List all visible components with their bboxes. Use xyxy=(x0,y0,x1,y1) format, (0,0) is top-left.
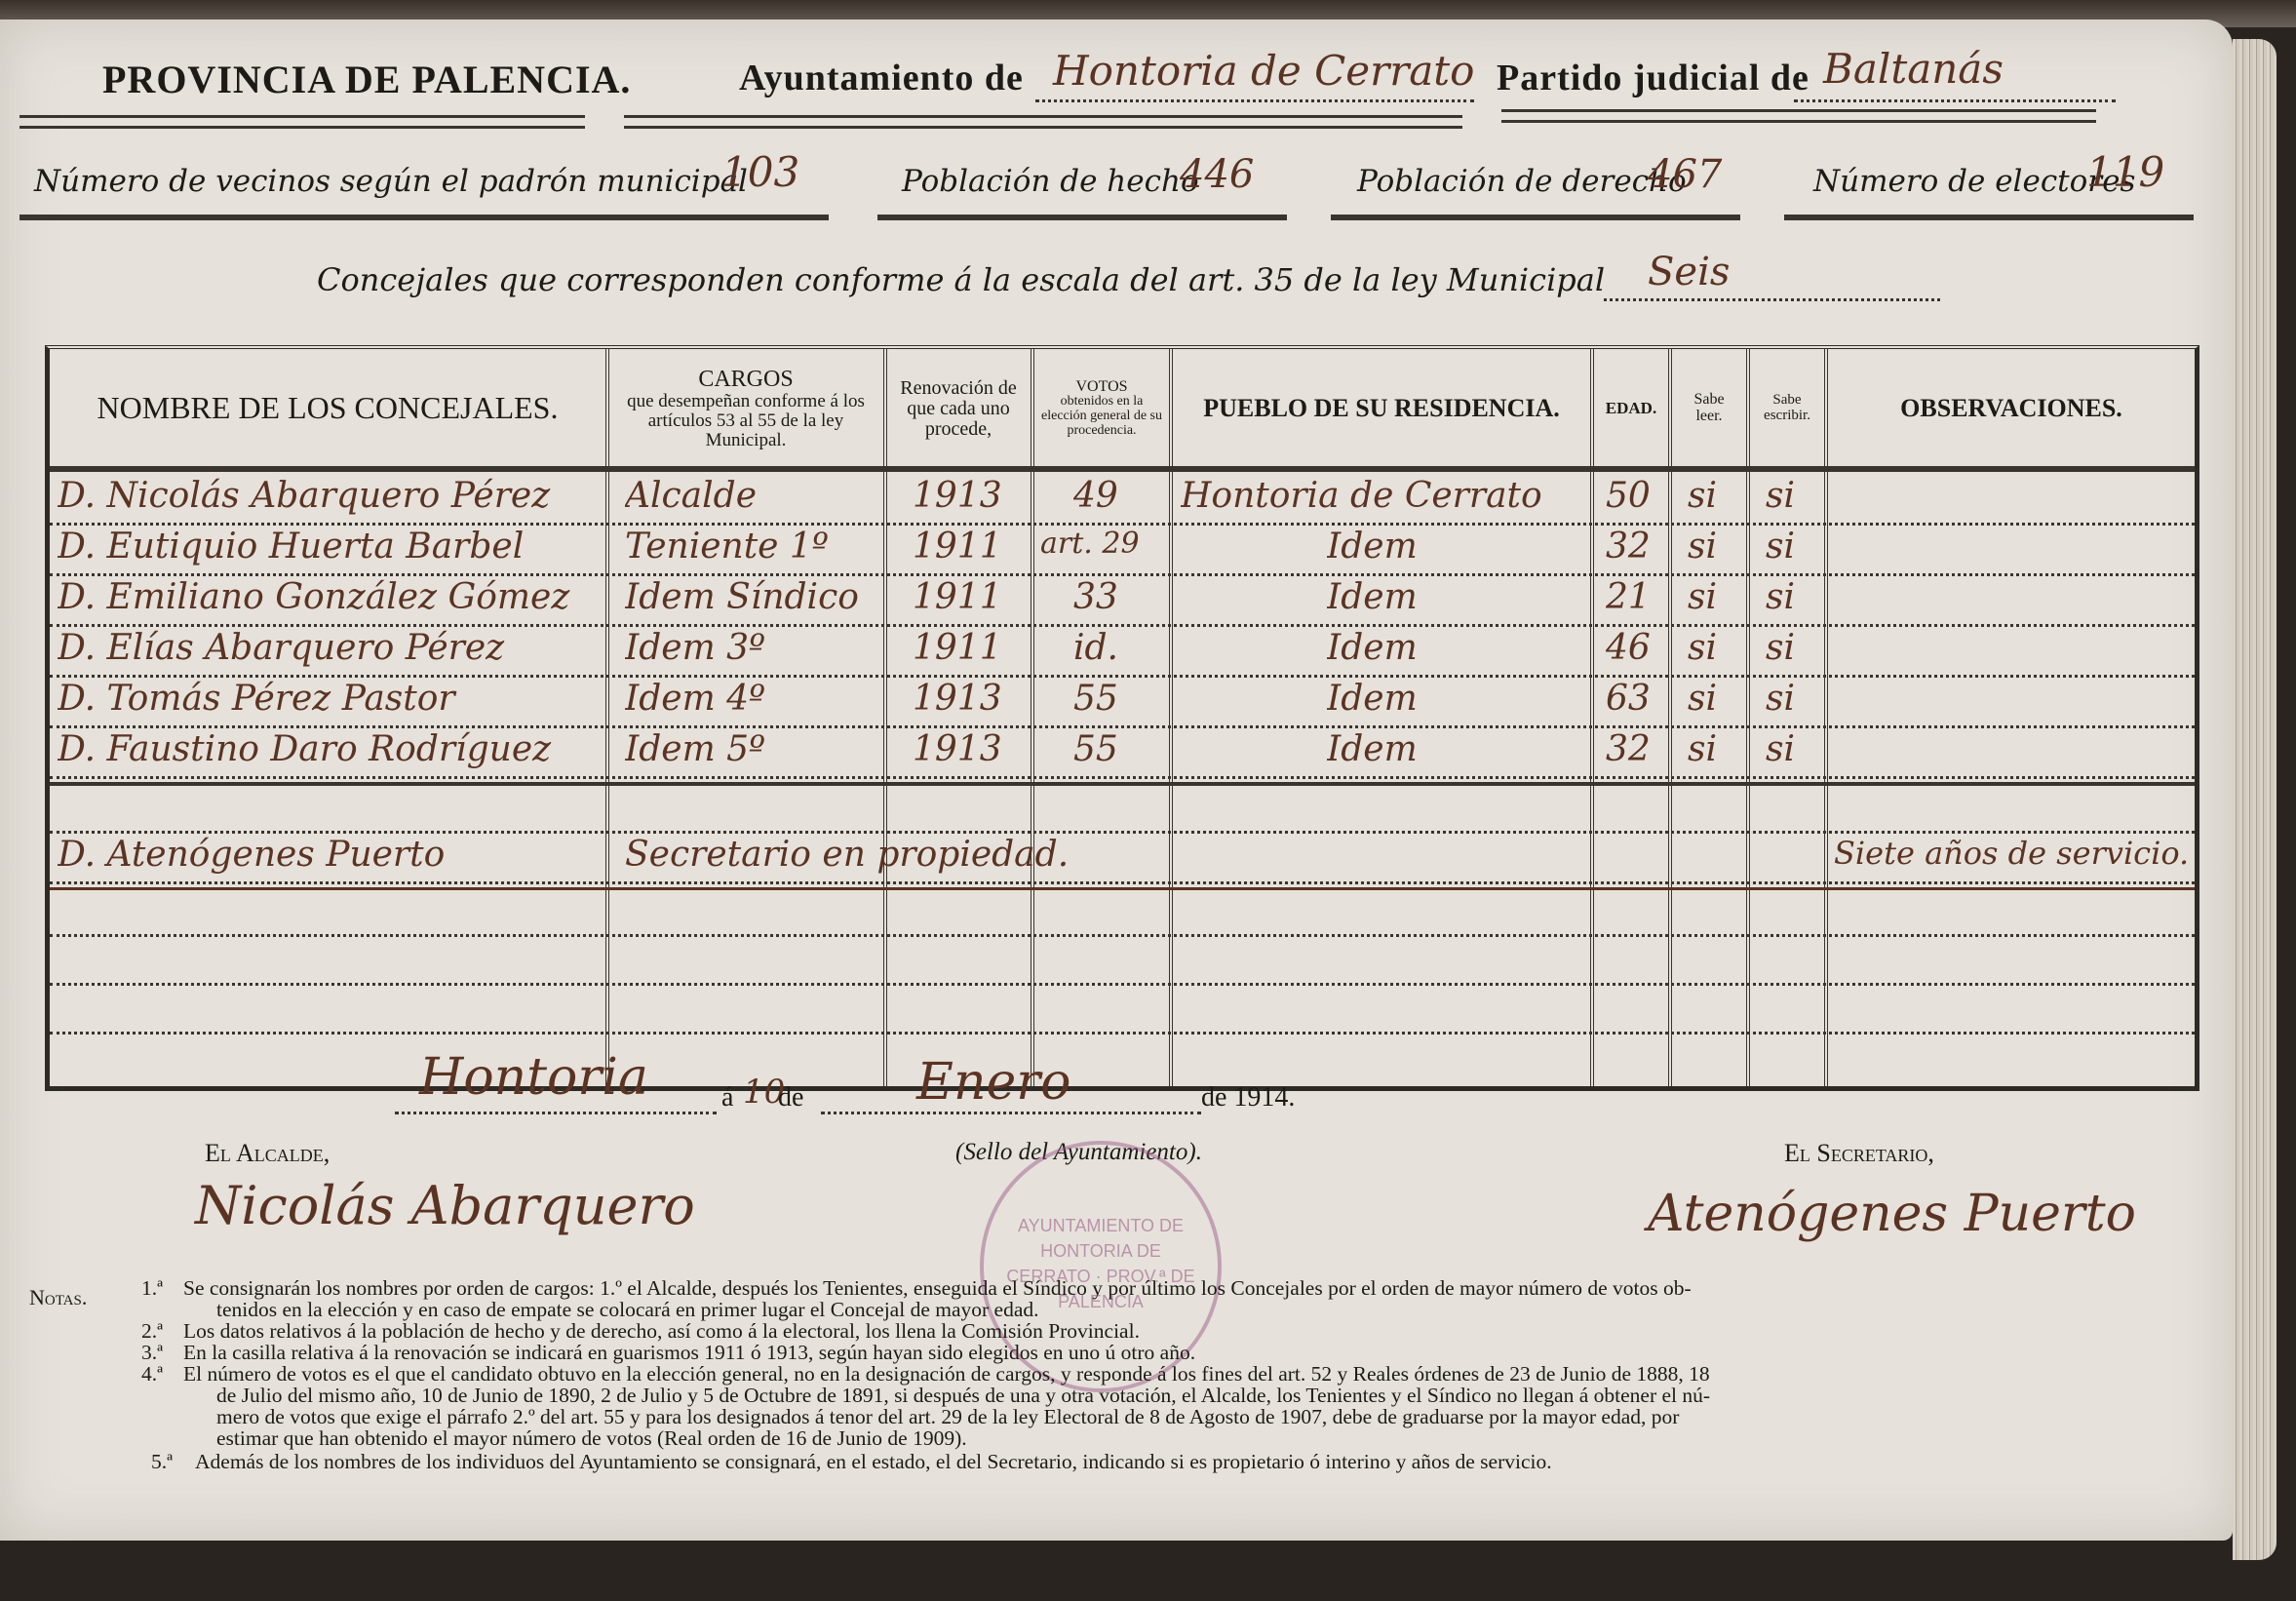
hecho-value: 446 xyxy=(1180,152,1254,197)
divider xyxy=(19,215,829,220)
cell-nombre: D. Elías Abarquero Pérez xyxy=(58,628,603,668)
book-page-edges xyxy=(2233,39,2277,1560)
note-text: tenidos en la elección y en caso de empa… xyxy=(216,1299,1039,1320)
ayuntamiento-label: Ayuntamiento de xyxy=(739,57,1024,99)
concejales-label: Concejales que corresponden conforme á l… xyxy=(317,261,1605,298)
divider xyxy=(877,215,1287,220)
header-votos-sub: obtenidos en la elección general de su p… xyxy=(1034,395,1169,438)
cell-renovacion: 1913 xyxy=(913,679,1002,719)
cell-votos: art. 29 xyxy=(1040,527,1140,561)
note-text: mero de votos que exige el párrafo 2.º d… xyxy=(216,1406,1679,1427)
cell-nombre: D. Nicolás Abarquero Pérez xyxy=(58,476,603,516)
partido-label: Partido judicial de xyxy=(1497,57,1810,99)
note-text: estimar que han obtenido el mayor número… xyxy=(216,1427,967,1449)
cell-nombre: D. Faustino Daro Rodríguez xyxy=(58,729,623,769)
cell-renovacion: 1913 xyxy=(913,729,1002,769)
cell-leer: si xyxy=(1688,729,1717,769)
date-de: de xyxy=(778,1082,803,1113)
cell-edad: 21 xyxy=(1606,577,1651,617)
header-cargos-title: CARGOS xyxy=(698,368,793,392)
note-number: 1.ª xyxy=(141,1277,163,1299)
cell-leer: si xyxy=(1688,679,1717,719)
cell-observaciones: Siete años de servicio. xyxy=(1834,835,2189,872)
alcalde-label: El Alcalde, xyxy=(205,1139,330,1168)
divider xyxy=(624,115,1462,129)
date-a: á xyxy=(721,1082,733,1113)
cell-edad: 32 xyxy=(1606,527,1651,566)
cell-pueblo: Idem xyxy=(1327,729,1418,769)
cell-pueblo: Idem xyxy=(1327,679,1418,719)
cell-pueblo: Idem xyxy=(1327,628,1418,668)
divider xyxy=(1501,109,2096,123)
notes-label: Notas. xyxy=(29,1287,87,1308)
cell-votos: 55 xyxy=(1073,729,1118,769)
header-votos-title: VOTOS xyxy=(1075,379,1127,396)
cell-renovacion: 1911 xyxy=(913,527,1002,566)
ayuntamiento-value: Hontoria de Cerrato xyxy=(1053,47,1474,95)
cell-edad: 46 xyxy=(1606,628,1651,668)
electores-value: 119 xyxy=(2086,148,2164,196)
cell-votos: id. xyxy=(1073,628,1118,668)
vecinos-value: 103 xyxy=(721,148,799,196)
cell-nombre: D. Tomás Pérez Pastor xyxy=(58,679,603,719)
concejales-value: Seis xyxy=(1648,250,1730,294)
cell-edad: 32 xyxy=(1606,729,1651,769)
cell-pueblo: Idem xyxy=(1327,577,1418,617)
partido-value: Baltanás xyxy=(1823,45,2004,93)
note-text: Además de los nombres de los individuos … xyxy=(195,1451,1552,1472)
cell-escribir: si xyxy=(1766,679,1795,719)
header-edad: EDAD. xyxy=(1594,355,1668,462)
cell-escribir: si xyxy=(1766,527,1795,566)
cell-cargo: Secretario en propiedad. xyxy=(625,835,1069,875)
divider xyxy=(1331,215,1740,220)
date-year: de 1914. xyxy=(1201,1082,1295,1113)
note-text: En la casilla relativa á la renovación s… xyxy=(183,1342,1195,1363)
note-text: Se consignarán los nombres por orden de … xyxy=(183,1277,1692,1299)
note-text: Los datos relativos á la población de he… xyxy=(183,1320,1140,1342)
cell-escribir: si xyxy=(1766,628,1795,668)
cell-nombre: D. Emiliano González Gómez xyxy=(58,577,603,617)
cell-cargo: Idem 4º xyxy=(625,679,765,719)
cell-cargo: Teniente 1º xyxy=(625,527,829,566)
note-number: 5.ª xyxy=(151,1451,173,1472)
cell-pueblo: Idem xyxy=(1327,527,1418,566)
secretario-label: El Secretario, xyxy=(1784,1139,1934,1168)
cell-leer: si xyxy=(1688,476,1717,516)
cell-leer: si xyxy=(1688,527,1717,566)
alcalde-signature: Nicolás Abarquero xyxy=(195,1175,695,1236)
cell-escribir: si xyxy=(1766,729,1795,769)
cell-pueblo: Hontoria de Cerrato xyxy=(1181,476,1585,516)
cell-escribir: si xyxy=(1766,577,1795,617)
cell-votos: 33 xyxy=(1073,577,1118,617)
note-number: 3.ª xyxy=(141,1342,163,1363)
cell-edad: 63 xyxy=(1606,679,1651,719)
hecho-label: Población de hecho xyxy=(902,164,1199,199)
header-observaciones: OBSERVACIONES. xyxy=(1828,355,2195,462)
note-text: de Julio del mismo año, 10 de Junio de 1… xyxy=(216,1385,1710,1406)
vecinos-label: Número de vecinos según el padrón munici… xyxy=(34,164,748,199)
cell-cargo: Idem 5º xyxy=(625,729,765,769)
province-title: PROVINCIA DE PALENCIA. xyxy=(102,57,631,102)
header-cargos: CARGOS que desempeñan conforme á los art… xyxy=(609,355,882,462)
place-value: Hontoria xyxy=(419,1048,648,1107)
cell-votos: 55 xyxy=(1073,679,1118,719)
header-pueblo: PUEBLO DE SU RESIDENCIA. xyxy=(1173,355,1590,462)
divider xyxy=(1784,215,2194,220)
header-renovacion: Renovación de que cada uno procede, xyxy=(887,355,1030,462)
note-number: 2.ª xyxy=(141,1320,163,1342)
cell-leer: si xyxy=(1688,577,1717,617)
cell-renovacion: 1911 xyxy=(913,628,1002,668)
secretario-signature: Atenógenes Puerto xyxy=(1648,1185,2136,1243)
header-cargos-sub: que desempeñan conforme á los artículos … xyxy=(609,392,882,450)
divider xyxy=(19,115,585,129)
concejales-table: NOMBRE DE LOS CONCEJALES. CARGOS que des… xyxy=(45,345,2199,1091)
document-page: PROVINCIA DE PALENCIA. Ayuntamiento de H… xyxy=(0,20,2233,1541)
cell-leer: si xyxy=(1688,628,1717,668)
cell-cargo: Idem Síndico xyxy=(625,577,859,617)
header-escribir: Sabe escribir. xyxy=(1750,355,1824,462)
header-nombre: NOMBRE DE LOS CONCEJALES. xyxy=(50,355,605,462)
cell-renovacion: 1911 xyxy=(913,577,1002,617)
cell-votos: 49 xyxy=(1073,476,1118,516)
note-number: 4.ª xyxy=(141,1363,163,1385)
cell-nombre: D. Atenógenes Puerto xyxy=(58,835,445,875)
derecho-value: 467 xyxy=(1648,152,1722,197)
cell-cargo: Idem 3º xyxy=(625,628,765,668)
cell-escribir: si xyxy=(1766,476,1795,516)
note-text: El número de votos es el que el candidat… xyxy=(183,1363,1710,1385)
date-month: Enero xyxy=(916,1053,1070,1112)
cell-nombre: D. Eutiquio Huerta Barbel xyxy=(58,527,603,566)
header-leer: Sabe leer. xyxy=(1672,355,1746,462)
cell-edad: 50 xyxy=(1606,476,1651,516)
cell-cargo: Alcalde xyxy=(625,476,757,516)
header-votos: VOTOS obtenidos en la elección general d… xyxy=(1034,355,1169,462)
cell-renovacion: 1913 xyxy=(913,476,1002,516)
derecho-label: Población de derecho xyxy=(1357,164,1687,199)
